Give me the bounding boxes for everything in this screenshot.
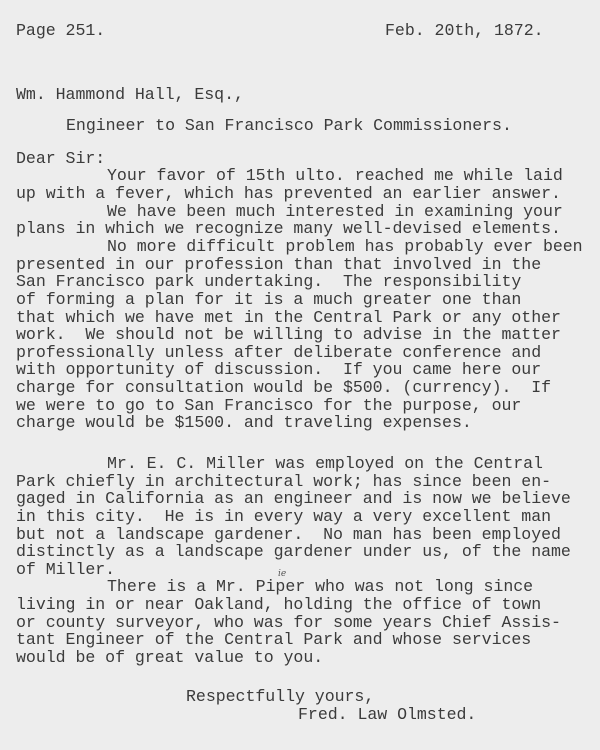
letter-date: Feb. 20th, 1872.	[385, 22, 544, 40]
body-line: gaged in California as an engineer and i…	[16, 490, 571, 508]
body-line: of forming a plan for it is a much great…	[16, 291, 521, 309]
addressee-name: Wm. Hammond Hall, Esq.,	[16, 86, 244, 104]
body-line: would be of great value to you.	[16, 649, 323, 667]
body-line: No more difficult problem has probably e…	[107, 238, 583, 256]
body-line: Mr. E. C. Miller was employed on the Cen…	[107, 455, 543, 473]
addressee-title: Engineer to San Francisco Park Commissio…	[66, 117, 512, 135]
body-line: up with a fever, which has prevented an …	[16, 185, 561, 203]
signature: Fred. Law Olmsted.	[298, 706, 476, 724]
body-line: Your favor of 15th ulto. reached me whil…	[107, 167, 563, 185]
page-number: Page 251.	[16, 22, 105, 40]
body-line: plans in which we recognize many well-de…	[16, 220, 561, 238]
body-line: charge would be $1500. and traveling exp…	[16, 414, 472, 432]
body-line: with opportunity of discussion. If you c…	[16, 361, 541, 379]
closing: Respectfully yours,	[186, 688, 374, 706]
body-line: San Francisco park undertaking. The resp…	[16, 273, 521, 291]
body-line: in this city. He is in every way a very …	[16, 508, 551, 526]
body-line: There is a Mr. Piper who was not long si…	[107, 578, 533, 596]
body-line: distinctly as a landscape gardener under…	[16, 543, 571, 561]
body-line: tant Engineer of the Central Park and wh…	[16, 631, 531, 649]
body-line: of Miller.	[16, 561, 115, 579]
salutation: Dear Sir:	[16, 150, 105, 168]
body-line: charge for consultation would be $500. (…	[16, 379, 551, 397]
body-line: work. We should not be willing to advise…	[16, 326, 561, 344]
handwritten-correction: ie	[278, 569, 286, 579]
body-line: living in or near Oakland, holding the o…	[16, 596, 541, 614]
letter-page: Page 251. Feb. 20th, 1872. Wm. Hammond H…	[0, 0, 600, 750]
